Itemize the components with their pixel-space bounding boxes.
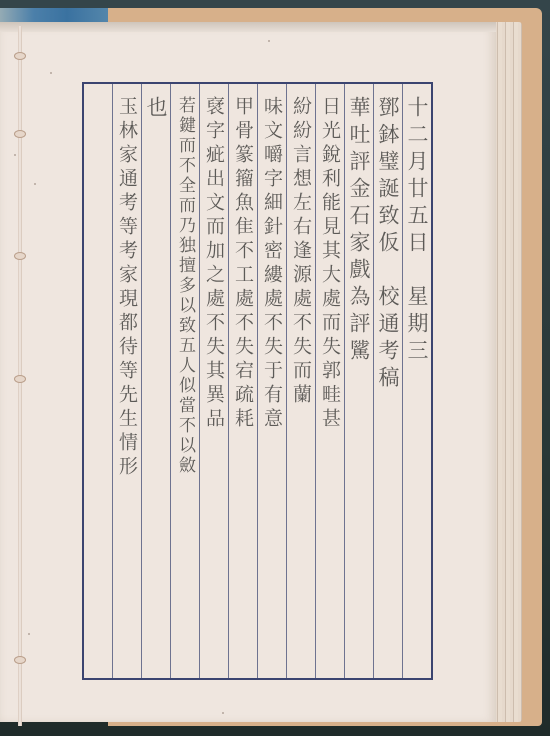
column-11: 玉林家通考等考家現都待等先生情形: [112, 84, 141, 678]
column-5: 紛紛言想左右逢源處不失而蘭: [286, 84, 315, 678]
paper-speck: [268, 40, 270, 42]
text-line: 味文嚼字細針密縷處不失于有意: [258, 84, 286, 678]
text-line: 紛紛言想左右逢源處不失而蘭: [287, 84, 315, 678]
page-top-edge: [0, 22, 496, 32]
paper-speck: [34, 183, 36, 185]
text-line: 若鍵而不全而乃独擅多以致五人似當不以斂: [173, 84, 197, 678]
cloth-binding-strip: [0, 8, 112, 22]
text-line: 甲骨篆籀魚隹不工處不失宕疏耗: [229, 84, 257, 678]
paper-speck: [50, 72, 52, 74]
column-1-date: 十二月廿五日 星期三: [402, 84, 431, 678]
column-2: 鄧鉢璧誕致仮 校通考稿: [373, 84, 402, 678]
text-line: 鄧鉢璧誕致仮 校通考稿: [374, 84, 402, 678]
text-line: 華吐評金石家戲為評騭: [345, 84, 373, 678]
column-12-empty: [84, 84, 112, 678]
column-7: 甲骨篆籀魚隹不工處不失宕疏耗: [228, 84, 257, 678]
text-line: 也: [142, 84, 170, 678]
text-line: 裦字疵出文而加之處不失其異品: [200, 84, 228, 678]
column-6: 味文嚼字細針密縷處不失于有意: [257, 84, 286, 678]
stitch-hole: [14, 130, 26, 138]
paper-speck: [222, 712, 224, 714]
column-9: 若鍵而不全而乃独擅多以致五人似當不以斂: [170, 84, 199, 678]
column-4: 日光銳利能見其大處而失郭畦甚: [315, 84, 344, 678]
stitch-hole: [14, 656, 26, 664]
stitch-hole: [14, 52, 26, 60]
column-10: 也: [141, 84, 170, 678]
text-line: 日光銳利能見其大處而失郭畦甚: [316, 84, 344, 678]
paper-speck: [14, 154, 16, 156]
column-8: 裦字疵出文而加之處不失其異品: [199, 84, 228, 678]
stitch-hole: [14, 375, 26, 383]
column-3: 華吐評金石家戲為評騭: [344, 84, 373, 678]
paper-speck: [28, 633, 30, 635]
stitch-hole: [14, 252, 26, 260]
text-line: 玉林家通考等考家現都待等先生情形: [113, 84, 141, 678]
date-line: 十二月廿五日 星期三: [403, 84, 431, 678]
ruled-writing-grid: 十二月廿五日 星期三 鄧鉢璧誕致仮 校通考稿 華吐評金石家戲為評騭 日光銳利能見…: [82, 82, 433, 680]
